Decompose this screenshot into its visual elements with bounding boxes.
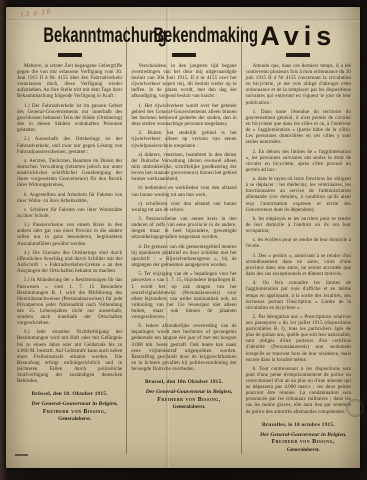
date-line: Brüssel, den 10. Oktober 1915. [17,391,122,397]
signature-role: Der General-Gouverneur in Belgien, [251,432,356,438]
paragraph-item-2b: b. les employés et les ouvriers pour se … [246,217,351,235]
paragraph-intro: Mehrere, in letzter Zeit begangene Ueber… [17,64,122,101]
signature-name: Freiherr von Bissing, [136,397,241,403]
signature-rank: Generaloberst. [251,447,356,453]
signature-rank: Generaloberst. [136,404,241,410]
paragraph-item-2a: a. Aerzten, Tierärzten, Beamten im Diens… [17,159,122,189]
paragraph-item-1: 1.) Der Fahrradverkehr ist im ganzen Geb… [17,104,122,134]
title-rule [58,53,82,57]
paragraph-item-5: 5. Ter wijziging van de « bepalingen voo… [131,272,236,321]
paragraph-item-1: 1. Het rijwielverkeer wordt over het geh… [131,104,236,128]
signature-role: Der General-Gouverneur in Belgien, [136,389,241,395]
paragraph-item-3: 3.) Passierscheine von einem Kreis in de… [17,223,122,247]
column-header-german: Bekanntmachung [17,23,122,51]
paragraph-item-2a: a) dokters, veeartsen, beambten in den d… [131,153,236,183]
paragraph-item-6: 6. Tout contrevenant à ces dispositions … [246,367,351,416]
signature-name: Freiherr von Bissing, [251,439,356,445]
column-header-french: Avis [246,23,351,51]
paragraph-item-6: 6.) Jede einzelne Nichtbefolgung der Bes… [17,330,122,385]
three-language-columns: Bekanntmachung Mehrere, in letzter Zeit … [6,7,360,468]
page-title-french: Avis [260,23,336,49]
paragraph-item-2: 2. En dehors des limites de « l'agglomér… [246,150,351,174]
column-german: Bekanntmachung Mehrere, in letzter Zeit … [14,23,125,424]
column-dutch: Bekendmaking Verscheidene, in den jongst… [128,23,239,412]
signature-block: Der General-Gouverneur in Belgien, Freih… [136,389,241,410]
embossed-seal [346,399,364,417]
signature-role: Der General-Gouverneur in Belgien, [22,401,127,407]
title-rule [172,53,196,57]
paragraph-item-3: 3. Passierscheine van eenen kreis in den… [131,217,236,241]
paragraph-item-2b: b) bedienden en werklieden voor den afst… [131,186,236,198]
paragraph-item-1: 1. Dans toute l'étendue du territoire du… [246,110,351,147]
paragraph-item-3: 3. Des « permis », autorisant à se rendr… [246,254,351,278]
paragraph-item-4: 4.) Die Grenzen des Ortsberings sind dur… [17,251,122,275]
column-divider [126,27,127,454]
paragraph-item-2c: c. Schülern für Fahrten von ihrer Wohnst… [17,208,122,220]
page-title-german: Bekanntmachung [43,23,166,49]
page-title-dutch: Bekendmaking [154,23,259,49]
paragraph-item-2c: c) scholieren voor den afstand van hunne… [131,202,236,214]
paragraph-item-2b: b. Angestellten und Arbeitern für Fahrte… [17,193,122,205]
paragraph-item-4: 4. On fera connaître les limites de l'ag… [246,281,351,311]
printer-imprint [15,454,28,456]
signature-block: Der General-Gouverneur in Belgien, Freih… [251,432,356,453]
signature-rank: Generaloberst. [22,416,127,422]
photo-backdrop: 13 a 16 Bekanntmachung Mehrere, in letzt… [0,0,367,480]
paragraph-item-2: 2.) Ausserhalb des Ortsberings ist der F… [17,137,122,155]
signature-name: Freiherr von Bissing, [22,409,127,415]
paragraph-item-2a: a. dans le rayon où leurs fonctions les … [246,177,351,214]
paragraph-item-5: 5. Par dérogation aux « Prescriptions re… [246,315,351,364]
title-rule [286,53,310,57]
paragraph-item-5: 5.) In Abänderung der « Bestimmungen für… [17,278,122,327]
signature-block: Der General-Gouverneur in Belgien, Freih… [22,401,127,422]
proclamation-poster: 13 a 16 Bekanntmachung Mehrere, in letzt… [6,7,360,468]
paragraph-item-6: 6. Iedere afzonderlijke overtreding van … [131,324,236,373]
paragraph-item-2c: c. les écoliers pour se rendre de leur d… [246,238,351,250]
date-line: Brussel, den 10n Oktober 1915. [131,379,236,385]
paragraph-item-2: 2. Buiten het stedelijk gebied is het ri… [131,131,236,149]
date-line: Bruxelles, le 10 octobre 1915. [246,422,351,428]
paragraph-intro: Verscheidene, in den jongsten tijd began… [131,64,236,101]
paragraph-intro: Attendu que, dans ces derniers temps, il… [246,64,351,107]
column-french: Avis Attendu que, dans ces derniers temp… [243,23,354,454]
paragraph-item-4: 4. De grenzen van elk gemeentegebied moe… [131,245,236,269]
